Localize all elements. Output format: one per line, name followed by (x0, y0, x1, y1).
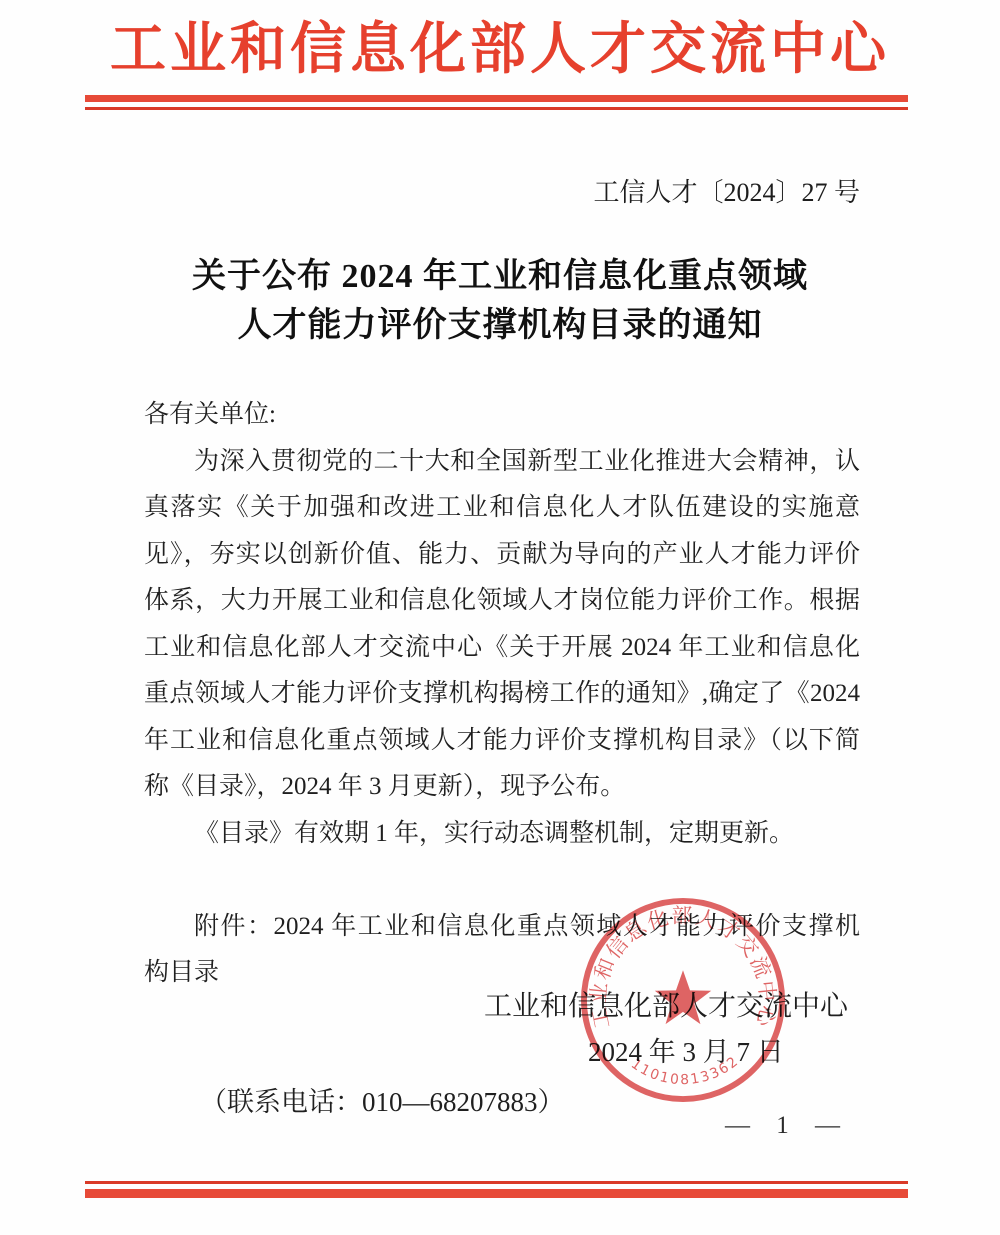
body-line: 年工业和信息化重点领域人才能力评价支撑机构目录》（以下简 (144, 718, 860, 765)
body-line: 称《目录》，2024 年 3 月更新），现予公布。 (144, 764, 860, 811)
bottom-rule-thin (85, 1181, 908, 1184)
contact-phone: （联系电话：010—68207883） (200, 1080, 565, 1119)
salutation: 各有关单位: (144, 392, 860, 439)
body-line: 见》，夯实以创新价值、能力、贡献为导向的产业人才能力评价 (144, 532, 860, 579)
doc-number: 工信人才〔2024〕27 号 (593, 172, 860, 209)
notice-title-line1: 关于公布 2024 年工业和信息化重点领域 (0, 252, 1000, 301)
bottom-rule-thick (85, 1189, 908, 1198)
notice-title-line2: 人才能力评价支撑机构目录的通知 (0, 301, 1000, 350)
body-line: 重点领域人才能力评价支撑机构揭榜工作的通知》,确定了《2024 (144, 671, 860, 718)
body-line: 《目录》有效期 1 年，实行动态调整机制，定期更新。 (144, 811, 860, 858)
top-rule-thick (85, 95, 908, 102)
page-number: — 1 — (725, 1112, 850, 1140)
document-page: 工业和信息化部人才交流中心 工信人才〔2024〕27 号 关于公布 2024 年… (0, 0, 1000, 1235)
body-line: 真落实《关于加强和改进工业和信息化人才队伍建设的实施意 (144, 485, 860, 532)
body-line: 体系，大力开展工业和信息化领域人才岗位能力评价工作。根据 (144, 578, 860, 625)
seal-star-icon (655, 970, 711, 1024)
official-seal-stamp: 工业和信息化部人才交流中心 1101081336207 (579, 896, 787, 1104)
body-line: 为深入贯彻党的二十大和全国新型工业化推进大会精神，认 (144, 439, 860, 486)
top-rule-thin (85, 107, 908, 110)
body-line: 工业和信息化部人才交流中心《关于开展 2024 年工业和信息化 (144, 625, 860, 672)
notice-title: 关于公布 2024 年工业和信息化重点领域 人才能力评价支撑机构目录的通知 (0, 252, 1000, 350)
letterhead-org-name: 工业和信息化部人才交流中心 (0, 14, 1000, 86)
